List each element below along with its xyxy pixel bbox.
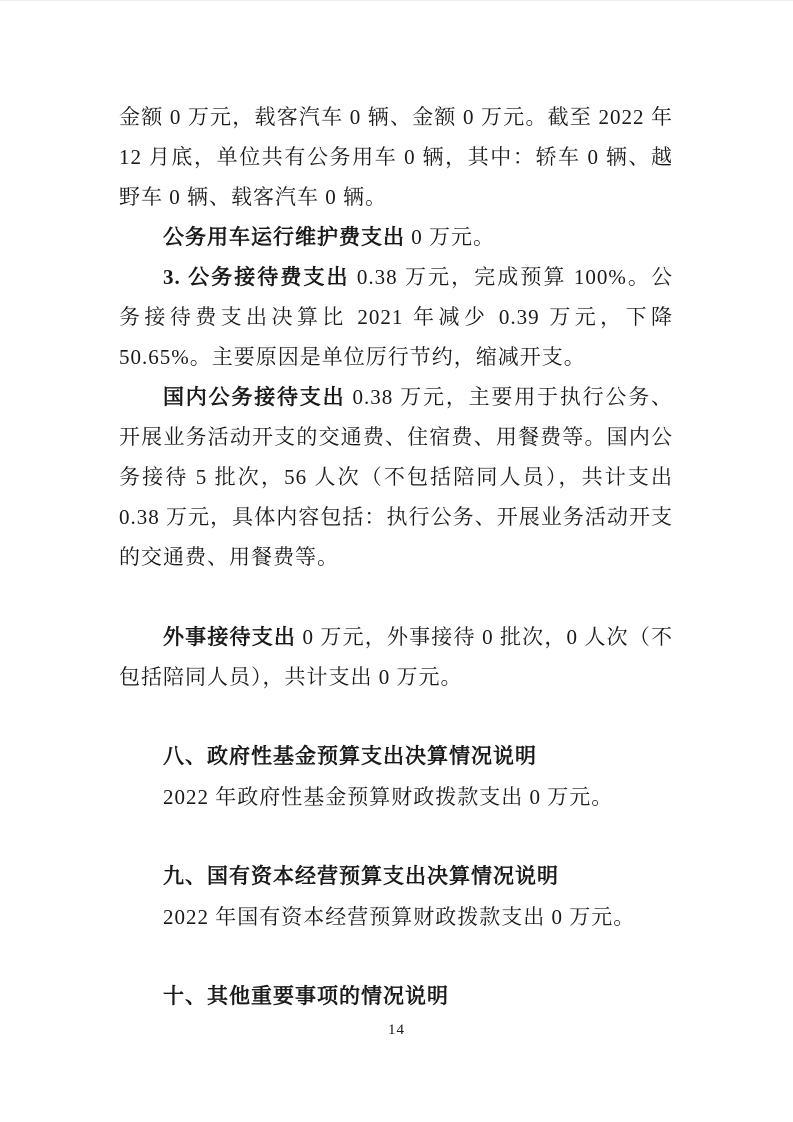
heading-section-8: 八、政府性基金预算支出决算情况说明 [119,737,673,777]
heading-section-10: 十、其他重要事项的情况说明 [119,977,673,1017]
para-official-vehicle-continuation: 金额 0 万元，载客汽车 0 辆、金额 0 万元。截至 2022 年 12 月底… [119,97,673,217]
document-body: 金额 0 万元，载客汽车 0 辆、金额 0 万元。截至 2022 年 12 月底… [119,97,673,1017]
text-segment: 2022 年国有资本经营预算财政拨款支出 0 万元。 [163,905,635,929]
bold-text-segment: 3. 公务接待费支出 [163,265,350,289]
bold-text-segment: 九、国有资本经营预算支出决算情况说明 [163,865,559,888]
para-official-reception-expense: 3. 公务接待费支出 0.38 万元，完成预算 100%。公务接待费支出决算比 … [119,257,673,377]
bold-text-segment: 公务用车运行维护费支出 [163,225,405,249]
bold-text-segment: 国内公务接待支出 [163,385,345,409]
para-section-9-body: 2022 年国有资本经营预算财政拨款支出 0 万元。 [119,897,673,937]
document-page: 金额 0 万元，载客汽车 0 辆、金额 0 万元。截至 2022 年 12 月底… [0,0,793,1122]
page-number: 14 [0,1022,793,1039]
text-segment: 2022 年政府性基金预算财政拨款支出 0 万元。 [163,785,613,809]
bold-text-segment: 八、政府性基金预算支出决算情况说明 [163,745,537,768]
bold-text-segment: 十、其他重要事项的情况说明 [163,985,449,1008]
para-vehicle-maintenance-expense: 公务用车运行维护费支出 0 万元。 [119,217,673,257]
para-domestic-reception-expense: 国内公务接待支出 0.38 万元，主要用于执行公务、开展业务活动开支的交通费、住… [119,377,673,577]
para-foreign-reception-expense: 外事接待支出 0 万元，外事接待 0 批次，0 人次（不包括陪同人员），共计支出… [119,617,673,697]
para-section-8-body: 2022 年政府性基金预算财政拨款支出 0 万元。 [119,777,673,817]
text-segment: 金额 0 万元，载客汽车 0 辆、金额 0 万元。截至 2022 年 12 月底… [119,105,673,209]
bold-text-segment: 外事接待支出 [163,625,296,649]
heading-section-9: 九、国有资本经营预算支出决算情况说明 [119,857,673,897]
text-segment: 0 万元。 [405,225,495,249]
text-segment: 0.38 万元，主要用于执行公务、开展业务活动开支的交通费、住宿费、用餐费等。国… [119,385,673,569]
